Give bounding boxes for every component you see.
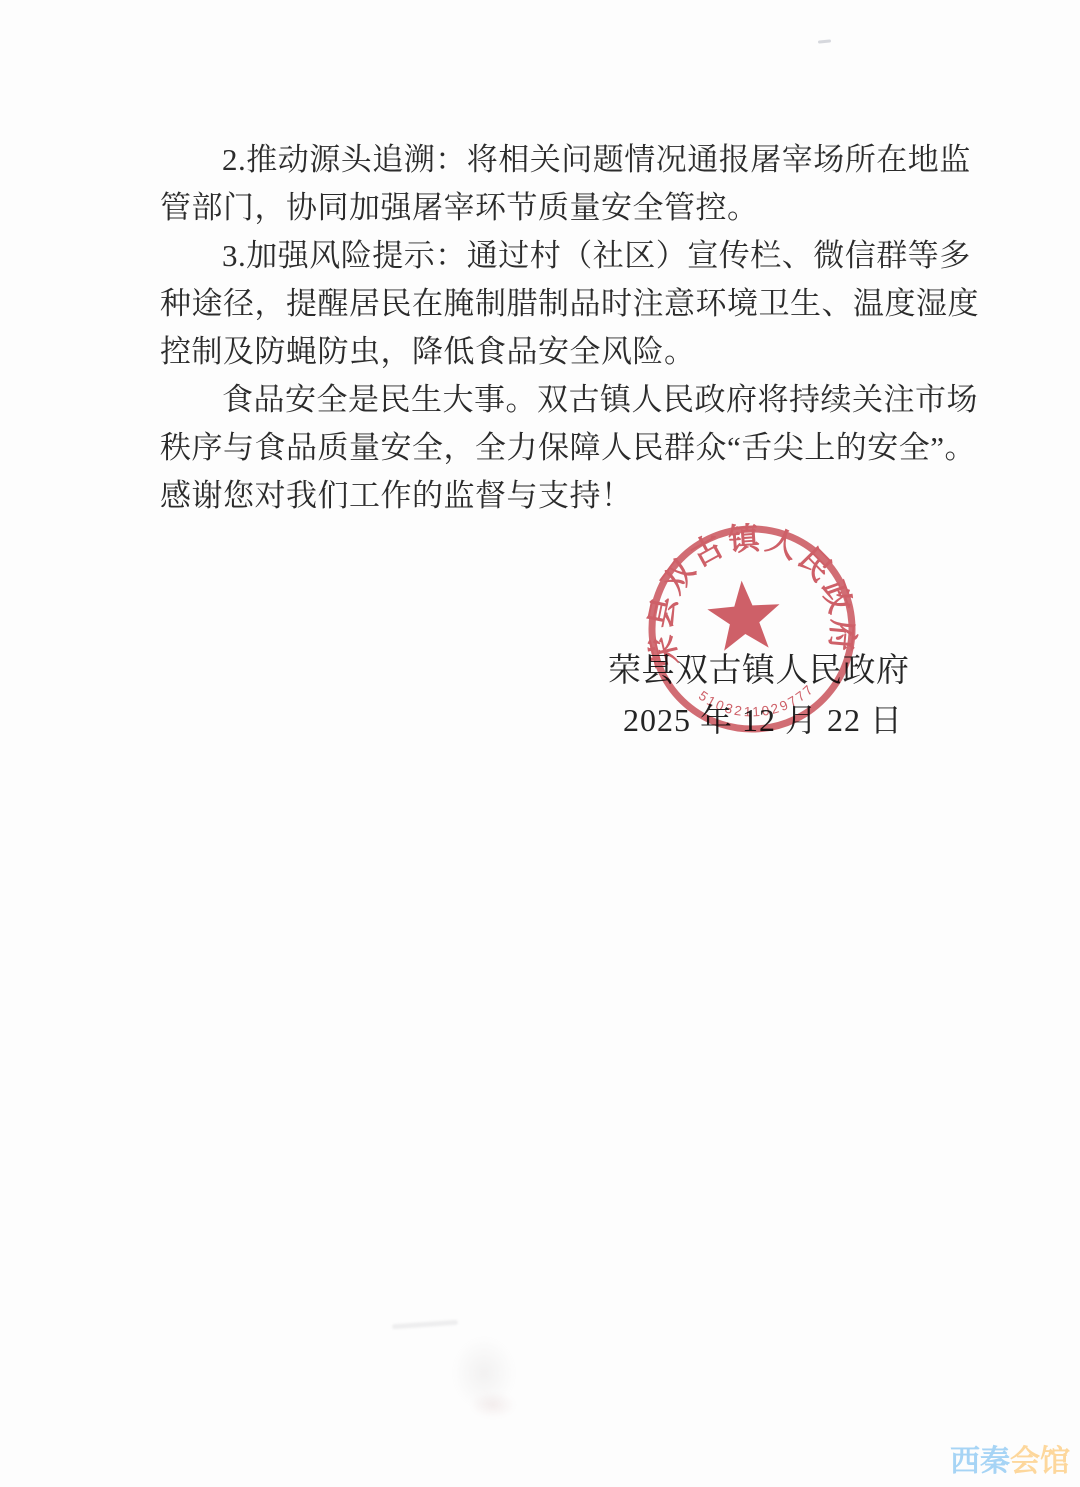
text-line: 种途径，提醒居民在腌制腊制品时注意环境卫生、温度湿度 bbox=[160, 280, 920, 328]
text-line: 食品安全是民生大事。双古镇人民政府将持续关注市场 bbox=[160, 376, 920, 424]
scan-artifact bbox=[818, 39, 831, 43]
paragraph-risk-alert: 3.加强风险提示：通过村（社区）宣传栏、微信群等多 种途径，提醒居民在腌制腊制品… bbox=[160, 232, 920, 376]
text-line: 2.推动源头追溯：将相关问题情况通报屠宰场所在地监 bbox=[160, 136, 920, 184]
document-body: 2.推动源头追溯：将相关问题情况通报屠宰场所在地监 管部门，协同加强屠宰环节质量… bbox=[160, 136, 920, 520]
text-line: 3.加强风险提示：通过村（社区）宣传栏、微信群等多 bbox=[160, 232, 920, 280]
watermark-text-orange: 会馆 bbox=[1010, 1445, 1070, 1478]
paragraph-source-trace: 2.推动源头追溯：将相关问题情况通报屠宰场所在地监 管部门，协同加强屠宰环节质量… bbox=[160, 136, 920, 232]
scan-artifact bbox=[470, 1392, 516, 1418]
text-line: 秩序与食品质量安全，全力保障人民群众“舌尖上的安全”。 bbox=[160, 424, 920, 472]
document-page: 2.推动源头追溯：将相关问题情况通报屠宰场所在地监 管部门，协同加强屠宰环节质量… bbox=[0, 0, 1080, 1487]
seal-star-icon bbox=[706, 578, 783, 652]
scan-artifact bbox=[452, 1336, 516, 1410]
official-seal: 荣县双古镇人民政府 5103211029777 bbox=[632, 509, 872, 749]
paragraph-closing: 食品安全是民生大事。双古镇人民政府将持续关注市场 秩序与食品质量安全，全力保障人… bbox=[160, 376, 920, 520]
site-watermark: 西秦会馆 bbox=[950, 1436, 1070, 1480]
scan-artifact bbox=[392, 1320, 458, 1330]
text-line: 控制及防蝇防虫，降低食品安全风险。 bbox=[160, 328, 920, 376]
seal-ring-text: 荣县双古镇人民政府 bbox=[635, 514, 863, 671]
watermark-text-blue: 西秦 bbox=[950, 1445, 1010, 1478]
text-line: 管部门，协同加强屠宰环节质量安全管控。 bbox=[160, 184, 920, 232]
